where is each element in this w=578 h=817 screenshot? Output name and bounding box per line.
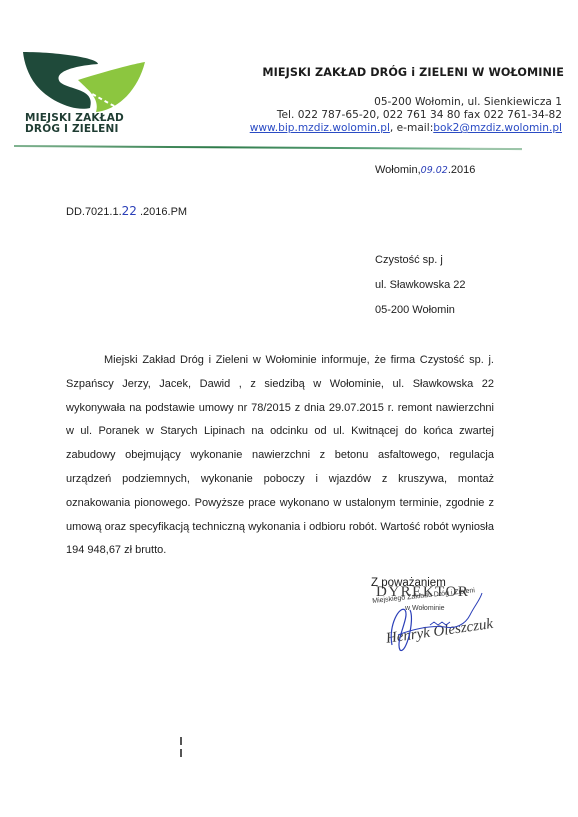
organization-name: MIEJSKI ZAKŁAD DRÓG i ZIELENI W WOŁOMINI… (262, 66, 564, 79)
address: 05-200 Wołomin, ul. Sienkiewicza 1 (250, 96, 562, 109)
punch-marks (180, 737, 182, 767)
contact-block: 05-200 Wołomin, ul. Sienkiewicza 1 Tel. … (250, 96, 562, 135)
recipient-block: Czystość sp. j ul. Sławkowska 22 05-200 … (375, 248, 466, 323)
recipient-city: 05-200 Wołomin (375, 298, 466, 323)
letter-body: Miejski Zakład Dróg i Zieleni w Wołomini… (66, 349, 494, 563)
logo-line-2: DRÓG I ZIELENI (25, 124, 124, 135)
recipient-name: Czystość sp. j (375, 248, 466, 273)
reference-number: DD.7021.1.22 .2016.PM (66, 204, 187, 218)
website-link[interactable]: www.bip.mzdiz.wolomin.pl (250, 122, 390, 134)
email-label: , e-mail: (390, 122, 433, 134)
ref-handwritten: 22 (122, 204, 137, 218)
handwritten-signature-icon (370, 575, 490, 665)
logo-text: MIEJSKI ZAKŁAD DRÓG I ZIELENI (25, 113, 124, 135)
punch-mark (180, 737, 182, 745)
date-place: Wołomin, (375, 164, 421, 176)
header-divider-tail (470, 148, 522, 149)
ref-prefix: DD.7021.1. (66, 206, 122, 218)
letter-date: Wołomin,09.02.2016 (375, 164, 475, 176)
date-year: .2016 (448, 164, 476, 176)
email-link[interactable]: bok2@mzdiz.wolomin.pl (433, 122, 562, 134)
header-divider (14, 145, 522, 150)
body-paragraph: Miejski Zakład Dróg i Zieleni w Wołomini… (66, 354, 494, 556)
phones: Tel. 022 787-65-20, 022 761 34 80 fax 02… (250, 109, 562, 122)
recipient-street: ul. Sławkowska 22 (375, 273, 466, 298)
punch-mark (180, 749, 182, 757)
ref-suffix: .2016.PM (137, 206, 187, 218)
web-email-line: www.bip.mzdiz.wolomin.pl, e-mail:bok2@mz… (250, 122, 562, 135)
date-handwritten: 09.02 (421, 165, 448, 176)
